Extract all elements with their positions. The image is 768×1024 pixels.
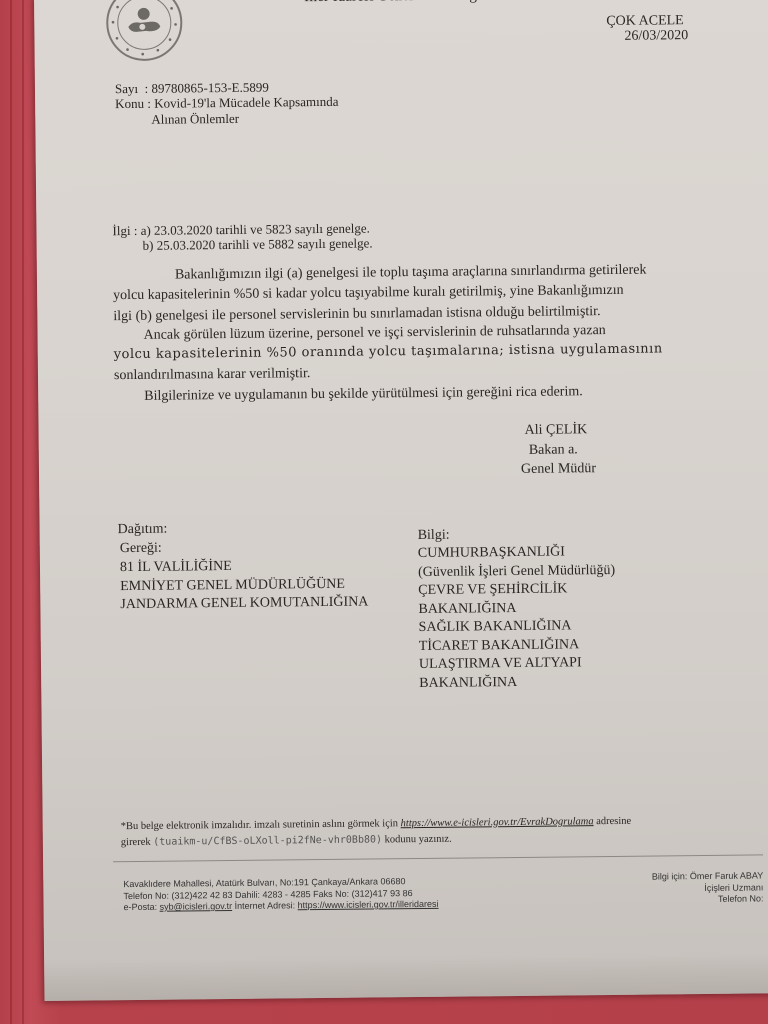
seal-stars-icon <box>108 0 181 59</box>
folder-edge <box>22 0 24 1024</box>
konu-line-1: Kovid-19'la Mücadele Kapsamında <box>154 94 338 111</box>
email-link[interactable]: syb@icisleri.gov.tr <box>160 901 233 912</box>
contact-links: e-Posta: syb@icisleri.gov.tr İnternet Ad… <box>123 899 438 914</box>
info-list: CUMHURBAŞKANLIĞI (Güvenlik İşleri Genel … <box>418 543 617 693</box>
info-label: Bilgi: <box>418 527 450 546</box>
info-recipient: ULAŞTIRMA VE ALTYAPI <box>419 654 616 675</box>
info-recipient: ÇEVRE VE ŞEHİRCİLİK <box>418 580 615 601</box>
footer-divider <box>113 854 763 862</box>
folder-edge <box>10 0 12 1024</box>
action-label: Gereği: <box>120 540 162 559</box>
page-shadow <box>44 953 768 1001</box>
signatory-name: Ali ÇELİK <box>524 422 587 439</box>
body-line: yolcu kapasitelerinin %50 oranında yolcu… <box>114 341 663 362</box>
info-recipient: BAKANLIĞINA <box>419 672 616 693</box>
signatory-on-behalf: Bakan a. <box>529 442 578 459</box>
info-recipient: CUMHURBAŞKANLIĞI <box>418 543 615 564</box>
info-recipient: TİCARET BAKANLIĞINA <box>419 635 616 656</box>
website-link[interactable]: https://www.icisleri.gov.tr/illeridaresi <box>298 899 439 910</box>
ilgi-label: İlgi <box>112 223 130 238</box>
esign-note: *Bu belge elektronik imzalıdır. imzalı s… <box>121 816 632 832</box>
body-line: Bakanlığımızın ilgi (a) genelgesi ile to… <box>175 263 647 284</box>
signatory-title: Genel Müdür <box>521 461 596 478</box>
address-block: Kavaklıdere Mahallesi, Atatürk Bulvarı, … <box>123 876 438 914</box>
document-date: 26/03/2020 <box>624 28 688 45</box>
verify-link[interactable]: https://www.e-icisleri.gov.tr/EvrakDogru… <box>401 816 594 829</box>
ministry-seal-icon <box>106 0 183 61</box>
sayi-label: Sayı <box>115 81 138 96</box>
body-line: ilgi (b) genelgesi ile personel servisle… <box>113 304 600 325</box>
ilgi-item-b: b) 25.03.2020 tarihli ve 5882 sayılı gen… <box>143 235 373 253</box>
verification-code-line: girerek (tuaikm-u/CfBS-oLXoll-pi2fNe-vhr… <box>121 834 452 848</box>
distribution-label: Dağıtım: <box>118 521 168 540</box>
recipient: JANDARMA GENEL KOMUTANLIĞINA <box>120 594 368 615</box>
konu-line-2: Alınan Önlemler <box>151 111 239 128</box>
verification-code: (tuaikm-u/CfBS-oLXoll-pi2fNe-vhr0Bb80) <box>153 834 382 847</box>
contact-phone: Telefon No: <box>583 893 763 906</box>
body-line: sonlandırılmasına karar verilmiştir. <box>114 366 311 384</box>
body-line: Bilgilerinize ve uygulamanın bu şekilde … <box>144 384 583 405</box>
body-line: yolcu kapasitelerinin %50 si kadar yolcu… <box>113 283 624 304</box>
action-list: 81 İL VALİLİĞİNE EMNİYET GENEL MÜDÜRLÜĞÜ… <box>120 557 369 615</box>
subject: Konu : Kovid-19'la Mücadele Kapsamında <box>115 94 338 112</box>
info-recipient: (Güvenlik İşleri Genel Müdürlüğü) <box>418 561 615 582</box>
organization-name: İller İdaresi Genel Müdürlüğü <box>304 0 485 6</box>
document-page: İller İdaresi Genel Müdürlüğü ÇOK ACELE … <box>34 0 768 1001</box>
body-line: Ancak görülen lüzum üzerine, personel ve… <box>143 323 605 344</box>
sayi-value: 89780865-153-E.5899 <box>151 80 269 96</box>
info-recipient: SAĞLIK BAKANLIĞINA <box>419 617 616 638</box>
contact-person-block: Bilgi için: Ömer Faruk ABAY İçişleri Uzm… <box>583 870 763 906</box>
konu-label: Konu <box>115 96 144 111</box>
info-recipient: BAKANLIĞINA <box>418 598 615 619</box>
